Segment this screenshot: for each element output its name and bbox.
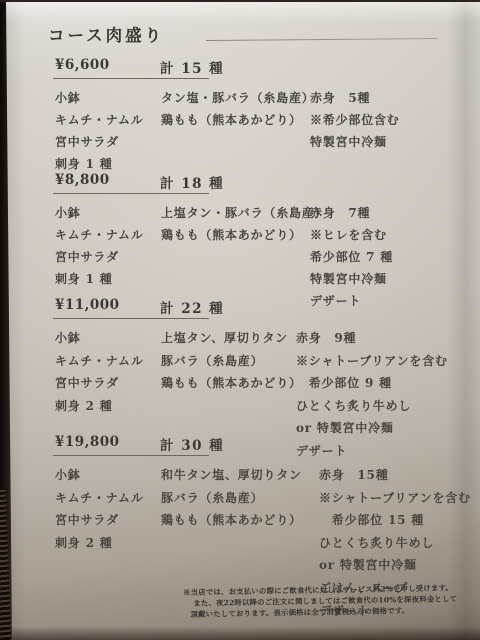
course-price: ¥11,000: [55, 297, 120, 313]
menu-item: 小鉢: [55, 464, 144, 487]
menu-item: 希少部位 9 種: [296, 372, 448, 395]
course-items-right: 赤身 5種※希少部位含む特製宮中冷麺: [310, 87, 400, 153]
menu-item: 宮中サラダ: [55, 509, 144, 532]
course-price: ¥19,800: [55, 434, 120, 450]
menu-item: 小鉢: [55, 87, 144, 109]
course-section-8800: ¥8,800 計 18 種 小鉢キムチ・ナムル宮中サラダ刺身 1 種 上塩タン・…: [55, 172, 470, 192]
course-price: ¥6,600: [55, 57, 110, 73]
menu-item: 赤身 7種: [310, 202, 393, 224]
menu-item: 刺身 2 種: [55, 395, 144, 418]
menu-item: 宮中サラダ: [55, 131, 144, 153]
menu-item: ひとくち炙り牛めし: [319, 532, 471, 555]
menu-item: キムチ・ナムル: [55, 350, 144, 373]
course-section-6600: ¥6,600 計 15 種 小鉢キムチ・ナムル宮中サラダ刺身 1 種 タン塩・豚…: [55, 57, 470, 77]
price-underline: [53, 455, 209, 456]
menu-item: ※希少部位含む: [310, 109, 400, 131]
menu-item: キムチ・ナムル: [55, 109, 144, 131]
menu-item: 赤身 9種: [296, 327, 448, 350]
menu-item: 和牛タン塩、厚切りタン: [161, 464, 302, 487]
menu-item: 希少部位 7 種: [310, 246, 393, 268]
menu-item: 小鉢: [55, 202, 144, 224]
course-items-middle: タン塩・豚バラ（糸島産）鶏もも（熊本あかどり）: [161, 87, 315, 131]
menu-item: ※シャトーブリアンを含む: [319, 487, 471, 510]
course-total: 計 22 種: [160, 297, 224, 317]
menu-item: 特製宮中冷麺: [310, 131, 400, 153]
course-items-left: 小鉢キムチ・ナムル宮中サラダ刺身 1 種: [55, 202, 144, 290]
menu-item: 赤身 15種: [319, 464, 471, 487]
menu-item: ※ヒレを含む: [310, 224, 393, 246]
course-section-19800: ¥19,800 計 30 種 小鉢キムチ・ナムル宮中サラダ刺身 2 種 和牛タン…: [55, 434, 470, 454]
course-items-left: 小鉢キムチ・ナムル宮中サラダ刺身 2 種: [55, 327, 144, 417]
price-row: ¥6,600 計 15 種: [55, 57, 470, 77]
menu-item: 刺身 2 種: [55, 532, 144, 555]
course-total: 計 15 種: [160, 57, 224, 77]
menu-item: 鶏もも（熊本あかどり）: [161, 109, 315, 131]
price-row: ¥8,800 計 18 種: [55, 172, 470, 192]
course-items-left: 小鉢キムチ・ナムル宮中サラダ刺身 2 種: [55, 464, 144, 554]
title-rule: [206, 38, 438, 41]
menu-item: 刺身 1 種: [55, 268, 144, 290]
course-total: 計 30 種: [160, 434, 224, 454]
menu-item: タン塩・豚バラ（糸島産）: [161, 87, 315, 109]
price-row: ¥11,000 計 22 種: [55, 297, 470, 317]
price-underline: [53, 78, 209, 79]
menu-item: 希少部位 15 種: [319, 509, 471, 532]
course-price: ¥8,800: [55, 172, 110, 188]
menu-item: 豚バラ（糸島産）: [161, 487, 302, 510]
course-items-left: 小鉢キムチ・ナムル宮中サラダ刺身 1 種: [55, 87, 144, 175]
menu-item: 豚バラ（糸島産）: [161, 350, 302, 373]
menu-item: ※シャトーブリアンを含む: [296, 350, 448, 373]
menu-item: 上塩タン、厚切りタン: [161, 327, 302, 350]
menu-item: 小鉢: [55, 327, 144, 350]
menu-content: コース肉盛り ¥6,600 計 15 種 小鉢キムチ・ナムル宮中サラダ刺身 1 …: [0, 0, 480, 640]
menu-item: キムチ・ナムル: [55, 487, 144, 510]
course-section-11000: ¥11,000 計 22 種 小鉢キムチ・ナムル宮中サラダ刺身 2 種 上塩タン…: [55, 297, 470, 317]
menu-item: 宮中サラダ: [55, 246, 144, 268]
menu-item: 鶏もも（熊本あかどり）: [161, 372, 302, 395]
price-underline: [53, 318, 209, 319]
course-items-middle: 上塩タン、厚切りタン豚バラ（糸島産）鶏もも（熊本あかどり）: [161, 327, 302, 395]
menu-item: or 特製宮中冷麺: [319, 554, 471, 577]
course-items-middle: 上塩タン・豚バラ（糸島産）鶏もも（熊本あかどり）: [161, 202, 327, 246]
footer-notes: ※当店では、お支払いの際にご飲食代に対してサービス料2%を申し受けます。また、夜…: [183, 583, 476, 620]
price-underline: [53, 193, 209, 194]
menu-item: 赤身 5種: [310, 87, 400, 109]
menu-item: 特製宮中冷麺: [310, 268, 393, 290]
menu-item: ひとくち炙り牛めし: [296, 395, 448, 418]
course-items-right: 赤身 7種※ヒレを含む希少部位 7 種特製宮中冷麺デザート: [310, 202, 393, 312]
menu-item: キムチ・ナムル: [55, 224, 144, 246]
menu-item: 上塩タン・豚バラ（糸島産）: [161, 202, 327, 224]
course-items-middle: 和牛タン塩、厚切りタン豚バラ（糸島産）鶏もも（熊本あかどり）: [161, 464, 302, 532]
menu-item: 鶏もも（熊本あかどり）: [161, 224, 327, 246]
menu-item: 鶏もも（熊本あかどり）: [161, 509, 302, 532]
page-title: コース肉盛り: [48, 22, 164, 46]
price-row: ¥19,800 計 30 種: [55, 434, 470, 454]
menu-photo: コース肉盛り ¥6,600 計 15 種 小鉢キムチ・ナムル宮中サラダ刺身 1 …: [0, 0, 480, 640]
course-total: 計 18 種: [160, 172, 224, 192]
menu-item: 宮中サラダ: [55, 372, 144, 395]
